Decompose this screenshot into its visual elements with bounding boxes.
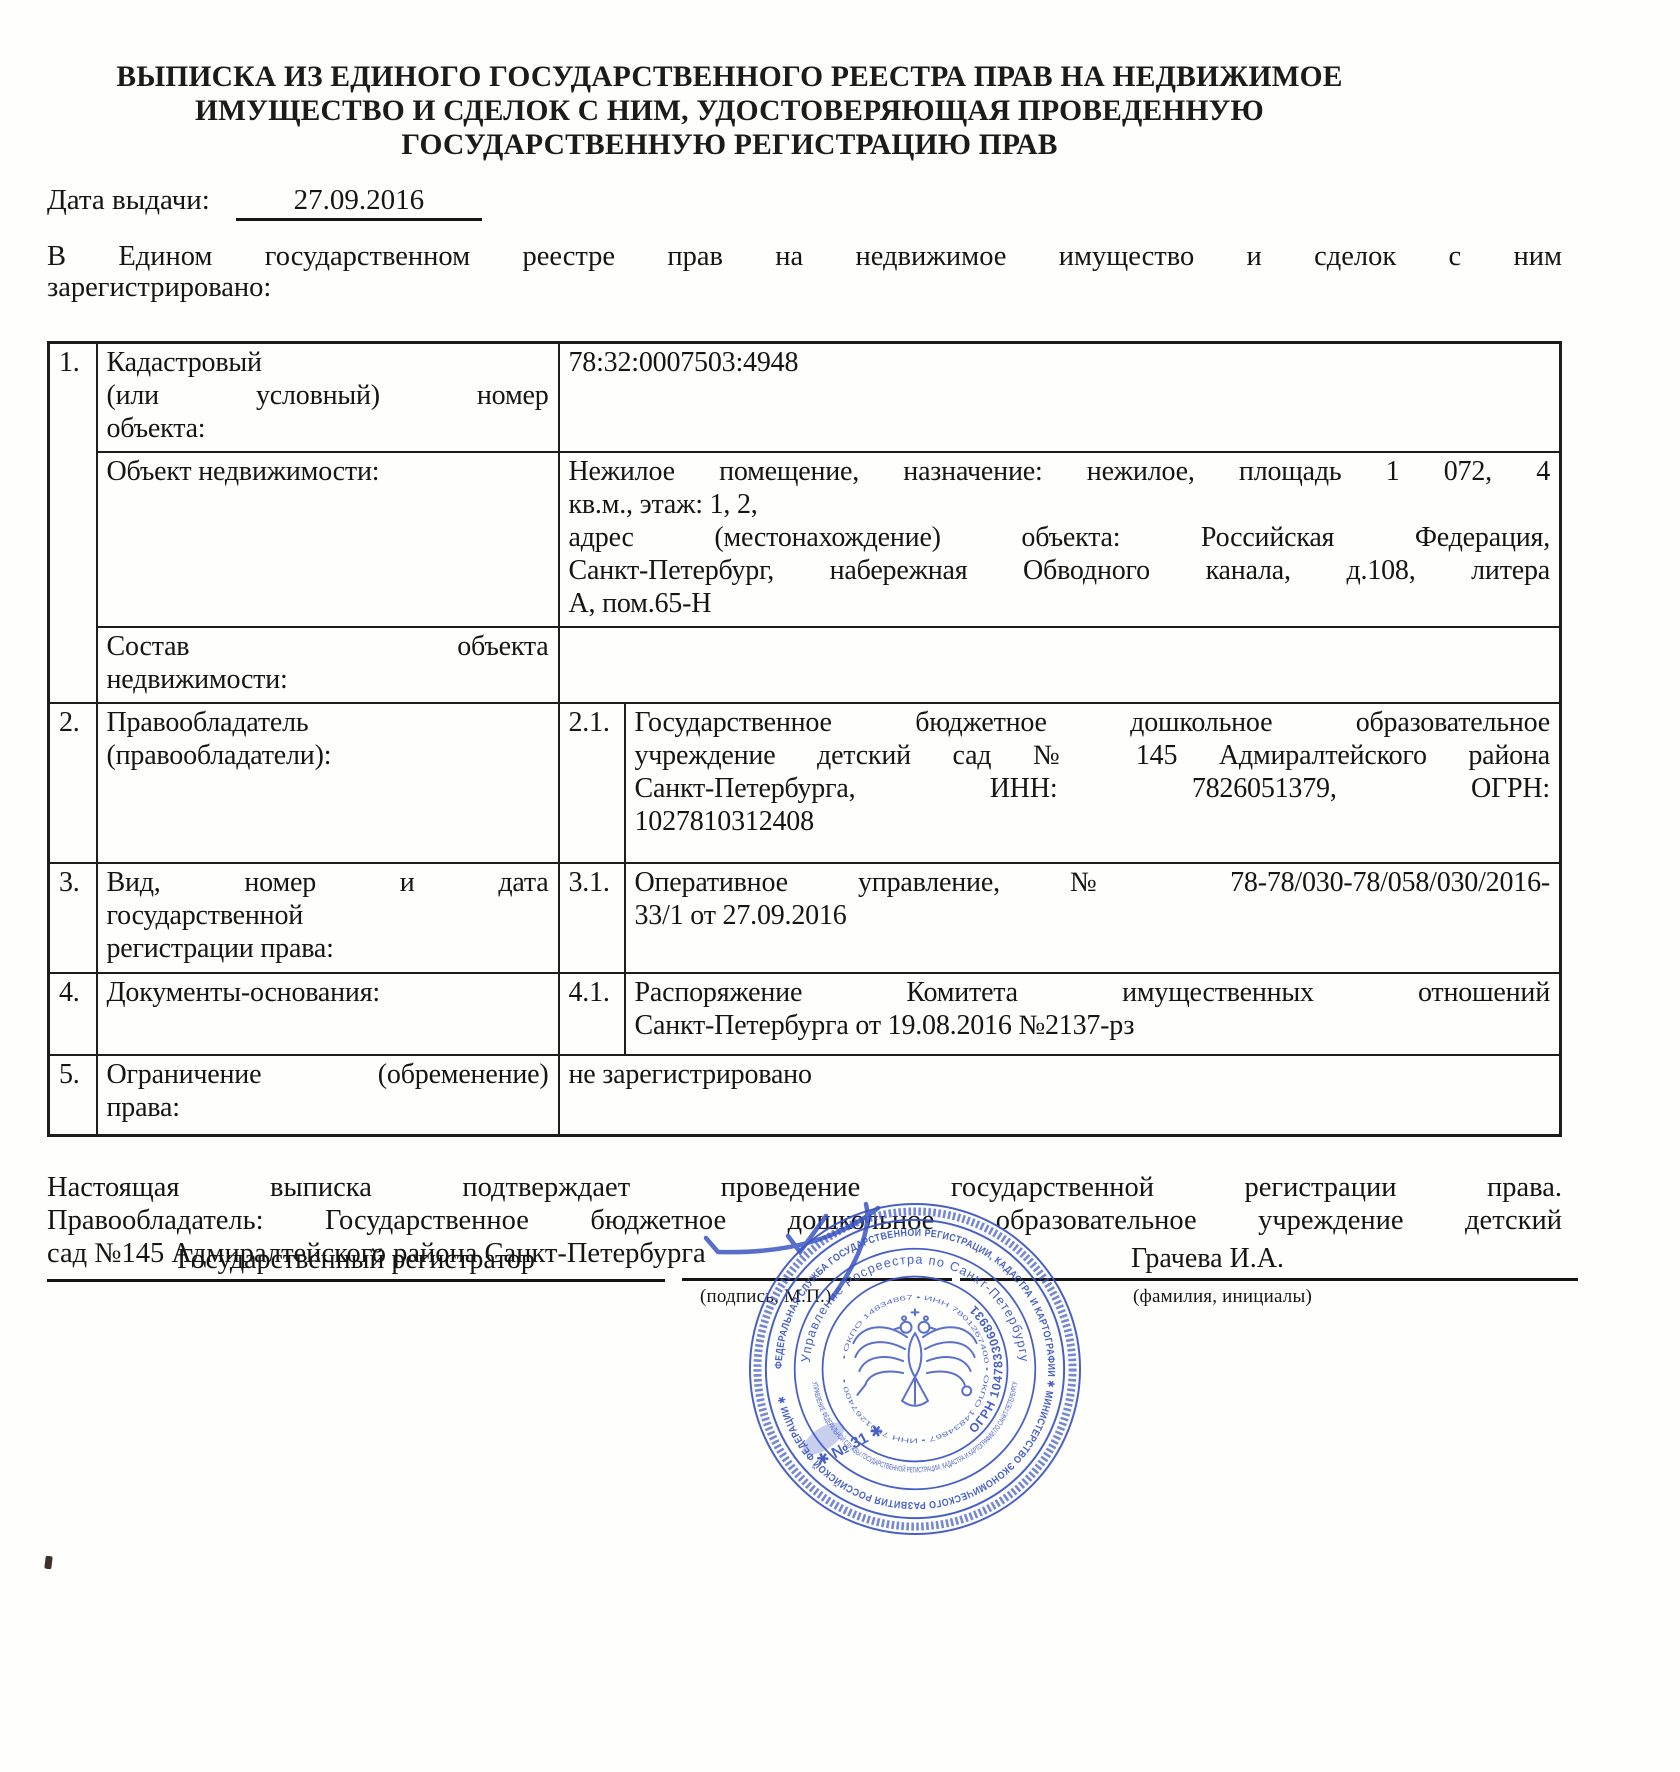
- label-line: Объект недвижимости:: [107, 455, 549, 488]
- row-subnumber: 3.1.: [559, 863, 625, 973]
- coat-of-arms-icon: [853, 1309, 976, 1405]
- document-title: ВЫПИСКА ИЗ ЕДИНОГО ГОСУДАРСТВЕННОГО РЕЕС…: [57, 60, 1402, 162]
- row-subnumber: 2.1.: [559, 703, 625, 863]
- label-line: Состав объекта: [107, 630, 549, 663]
- intro-line: зарегистрировано:: [47, 272, 1562, 303]
- value-line: Нежилое помещение, назначение: нежилое, …: [569, 455, 1551, 488]
- issue-date-label: Дата выдачи:: [47, 184, 210, 216]
- issue-date-value: 27.09.2016: [236, 184, 482, 221]
- row-value: Оперативное управление, № 78-78/030-78/0…: [625, 863, 1561, 973]
- value-line: учреждение детский сад № 145 Адмиралтейс…: [635, 739, 1551, 772]
- label-line: Вид, номер и дата: [107, 866, 549, 899]
- label-line: Ограничение (обременение): [107, 1058, 549, 1091]
- svg-text:• ОКПО 14834867 • ИНН 78012674: • ОКПО 14834867 • ИНН 7801267400 • ОКПО …: [841, 1294, 990, 1443]
- title-line: ВЫПИСКА ИЗ ЕДИНОГО ГОСУДАРСТВЕННОГО РЕЕС…: [57, 60, 1402, 94]
- issue-date-row: Дата выдачи:27.09.2016: [47, 184, 1562, 221]
- value-line: А, пом.65-Н: [569, 587, 1551, 620]
- label-line: недвижимости:: [107, 663, 549, 696]
- document-content: ВЫПИСКА ИЗ ЕДИНОГО ГОСУДАРСТВЕННОГО РЕЕС…: [47, 0, 1562, 1270]
- row-value: не зарегистрировано: [559, 1055, 1561, 1136]
- value-line: Санкт-Петербурга, ИНН: 7826051379, ОГРН:: [635, 772, 1551, 805]
- name-caption: (фамилия, инициалы): [1133, 1286, 1312, 1308]
- label-line: Документы-основания:: [107, 976, 549, 1009]
- row-label: Кадастровый (или условный) номер объекта…: [97, 343, 559, 453]
- row-label: Правообладатель (правообладатели):: [97, 703, 559, 863]
- registrar-name: Грачева И.А.: [1131, 1243, 1284, 1275]
- row-number: 2.: [49, 703, 97, 863]
- row-number: 4.: [49, 973, 97, 1055]
- value-line: Санкт-Петербурга от 19.08.2016 №2137-рз: [635, 1009, 1551, 1042]
- intro-paragraph: В Едином государственном реестре прав на…: [47, 241, 1562, 303]
- row-value: [559, 627, 1561, 703]
- row-label: Вид, номер и дата государственной регист…: [97, 863, 559, 973]
- value-line: адрес (местонахождение) объекта: Российс…: [569, 521, 1551, 554]
- row-label: Ограничение (обременение) права:: [97, 1055, 559, 1136]
- label-line: регистрации права:: [107, 932, 549, 965]
- scan-speck: [44, 1556, 53, 1570]
- value-line: 33/1 от 27.09.2016: [635, 899, 1551, 932]
- row-label: Документы-основания:: [97, 973, 559, 1055]
- registrar-label: Государственный регистратор: [47, 1244, 665, 1282]
- value-line: 78:32:0007503:4948: [569, 346, 1551, 379]
- row-value: Распоряжение Комитета имущественных отно…: [625, 973, 1561, 1055]
- value-line: Распоряжение Комитета имущественных отно…: [635, 976, 1551, 1009]
- table-row-registration-record: 3. Вид, номер и дата государственной рег…: [49, 863, 1561, 973]
- document-page: ВЫПИСКА ИЗ ЕДИНОГО ГОСУДАРСТВЕННОГО РЕЕС…: [0, 0, 1680, 1772]
- row-number: 5.: [49, 1055, 97, 1136]
- value-line: Государственное бюджетное дошкольное обр…: [635, 706, 1551, 739]
- value-line: кв.м., этаж: 1, 2,: [569, 488, 1551, 521]
- value-line: Санкт-Петербург, набережная Обводного ка…: [569, 554, 1551, 587]
- row-subnumber: 4.1.: [559, 973, 625, 1055]
- label-line: объекта:: [107, 412, 549, 445]
- value-line: 1027810312408: [635, 805, 1551, 838]
- row-number: 1.: [49, 343, 97, 704]
- table-row-object-composition: Состав объекта недвижимости:: [49, 627, 1561, 703]
- table-row-property-object: Объект недвижимости: Нежилое помещение, …: [49, 452, 1561, 627]
- table-row-basis-documents: 4. Документы-основания: 4.1. Распоряжени…: [49, 973, 1561, 1055]
- table-row-encumbrance: 5. Ограничение (обременение) права: не з…: [49, 1055, 1561, 1136]
- label-line: Правообладатель: [107, 706, 549, 739]
- label-line: государственной: [107, 899, 549, 932]
- value-line: Оперативное управление, № 78-78/030-78/0…: [635, 866, 1551, 899]
- official-stamp: ФЕДЕРАЛЬНАЯ СЛУЖБА ГОСУДАРСТВЕННОЙ РЕГИС…: [746, 1200, 1084, 1538]
- registration-table: 1. Кадастровый (или условный) номер объе…: [47, 341, 1562, 1137]
- value-line: не зарегистрировано: [569, 1058, 1551, 1091]
- table-row-cadastral-number: 1. Кадастровый (или условный) номер объе…: [49, 343, 1561, 453]
- row-label: Состав объекта недвижимости:: [97, 627, 559, 703]
- title-line: ИМУЩЕСТВО И СДЕЛОК С НИМ, УДОСТОВЕРЯЮЩАЯ…: [57, 94, 1402, 128]
- intro-line: В Едином государственном реестре прав на…: [47, 241, 1562, 272]
- row-number: 3.: [49, 863, 97, 973]
- label-line: (правообладатели):: [107, 739, 549, 772]
- label-line: (или условный) номер: [107, 379, 549, 412]
- row-value: Нежилое помещение, назначение: нежилое, …: [559, 452, 1561, 627]
- title-line: ГОСУДАРСТВЕННУЮ РЕГИСТРАЦИЮ ПРАВ: [57, 128, 1402, 162]
- row-value: 78:32:0007503:4948: [559, 343, 1561, 453]
- row-label: Объект недвижимости:: [97, 452, 559, 627]
- label-line: права:: [107, 1091, 549, 1124]
- table-row-rights-holder: 2. Правообладатель (правообладатели): 2.…: [49, 703, 1561, 863]
- row-value: Государственное бюджетное дошкольное обр…: [625, 703, 1561, 863]
- stamp-micro-text: • ОКПО 14834867 • ИНН 7801267400 • ОКПО …: [841, 1294, 990, 1443]
- label-line: Кадастровый: [107, 346, 549, 379]
